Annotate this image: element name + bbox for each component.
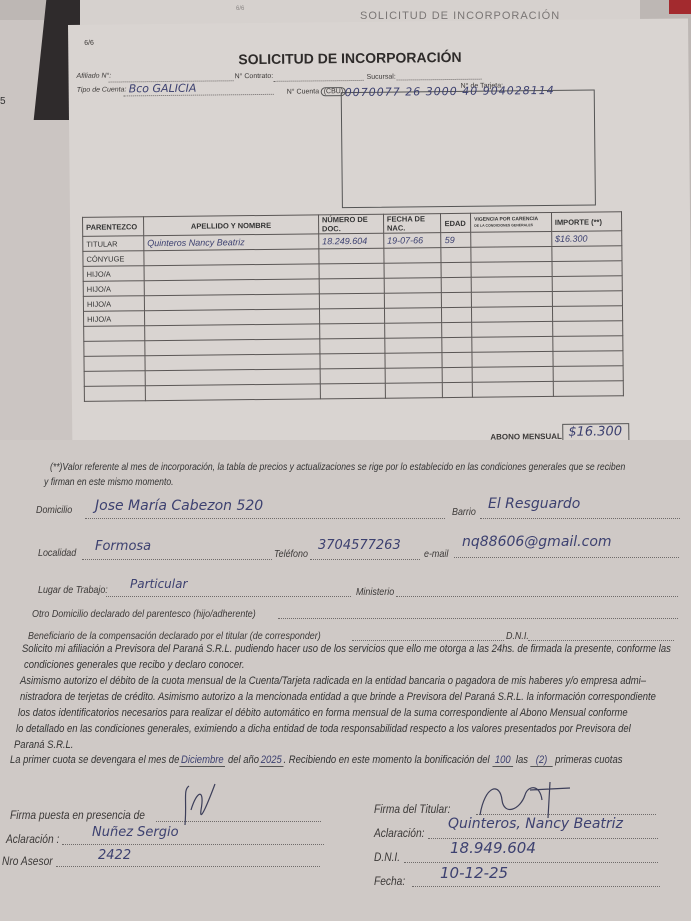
dni-titular-value: 18.949.604	[450, 839, 536, 857]
cell-edad[interactable]	[443, 382, 473, 397]
cell-doc[interactable]	[319, 248, 384, 264]
dni-titular-label: D.N.I.	[374, 850, 400, 864]
cell-vigencia[interactable]	[472, 366, 553, 382]
cell-parentesco	[84, 386, 145, 402]
ministerio-label: Ministerio	[356, 586, 394, 598]
col-vigencia: VIGENCIA POR CARENCIADE LA CONDICIONES G…	[471, 212, 552, 232]
col-nombre: APELLIDO Y NOMBRE	[143, 215, 318, 236]
afiliado-label: Afiliado N°:	[77, 73, 112, 80]
cell-parentesco: HIJO/A	[83, 296, 144, 312]
beneficiario-dni-field[interactable]	[528, 640, 674, 641]
barrio-field[interactable]	[480, 518, 680, 519]
dni-titular-field[interactable]	[404, 862, 658, 863]
cuota-mes[interactable]: Diciembre	[179, 754, 225, 767]
cell-parentesco: HIJO/A	[83, 281, 144, 297]
fecha-value: 10-12-25	[440, 864, 508, 882]
cell-importe[interactable]: $16.300	[551, 231, 621, 247]
legal-p2-line-2: nistradora de terjetas de crédito. Asimi…	[20, 691, 656, 703]
otro-domicilio-field[interactable]	[278, 618, 678, 619]
cuota-anio[interactable]: 2025	[259, 754, 283, 767]
cell-vigencia[interactable]	[472, 306, 553, 322]
cell-vigencia[interactable]	[472, 321, 553, 337]
legal-p2-line-3: los datos identificatorios necesarios pa…	[18, 707, 628, 719]
beneficiario-dni-label: D.N.I.	[506, 630, 529, 642]
col-parentesco: PARENTEZCO	[83, 217, 144, 237]
cell-edad[interactable]: 59	[441, 232, 471, 247]
cell-vigencia[interactable]	[472, 381, 553, 397]
cell-edad[interactable]	[442, 277, 472, 292]
left-edge-number: 5	[0, 96, 6, 107]
cell-edad[interactable]	[442, 307, 472, 322]
col-doc: NÚMERO DE DOC.	[318, 214, 383, 234]
vigencia-sub: DE LA CONDICIONES GENERALES	[474, 223, 533, 228]
cell-importe[interactable]	[553, 381, 623, 397]
cell-parentesco: HIJO/A	[83, 266, 144, 282]
firma-titular-label: Firma del Titular:	[374, 802, 450, 816]
cuenta-label: N° Cuenta	[287, 88, 319, 95]
cell-doc[interactable]	[319, 263, 384, 279]
cell-doc[interactable]	[319, 278, 384, 294]
cell-edad[interactable]	[442, 292, 472, 307]
form-sheet-lower: (**)Valor referente al mes de incorporac…	[0, 440, 691, 921]
telefono-value: 3704577263	[318, 538, 401, 553]
telefono-label: Teléfono	[274, 548, 308, 560]
beneficiario-label: Beneficiario de la compensación declarad…	[28, 630, 321, 642]
col-edad: EDAD	[441, 213, 471, 232]
cell-fecha[interactable]	[385, 353, 443, 369]
legal-p2-line-1: Asimismo autorizo el débito de la cuota …	[20, 675, 646, 687]
cell-fecha[interactable]	[384, 323, 442, 339]
cell-doc[interactable]	[320, 323, 385, 339]
cell-doc[interactable]	[319, 293, 384, 309]
las-label: las	[516, 754, 528, 766]
cell-fecha[interactable]	[384, 263, 442, 279]
contrato-label: N° Contrato:	[235, 73, 274, 80]
domicilio-field[interactable]	[85, 518, 445, 519]
cell-importe[interactable]	[552, 261, 622, 277]
cell-parentesco	[84, 356, 145, 372]
members-table: PARENTEZCO APELLIDO Y NOMBRE NÚMERO DE D…	[82, 211, 624, 402]
cell-fecha[interactable]	[384, 293, 442, 309]
cell-importe[interactable]	[552, 246, 622, 262]
cell-importe[interactable]	[552, 321, 622, 337]
note-line-1: (**)Valor referente al mes de incorporac…	[50, 462, 625, 473]
lugar-trabajo-label: Lugar de Trabajo:	[38, 584, 108, 596]
localidad-value: Formosa	[95, 539, 151, 554]
tipo-cuenta-value: Bco GALICIA	[129, 82, 197, 96]
cell-vigencia[interactable]	[472, 336, 553, 352]
vigencia-title: VIGENCIA POR CARENCIA	[474, 216, 538, 223]
cell-importe[interactable]	[552, 276, 622, 292]
email-field[interactable]	[454, 557, 679, 558]
cell-vigencia[interactable]	[471, 276, 552, 292]
lugar-trabajo-value: Particular	[130, 577, 187, 591]
cell-vigencia[interactable]	[471, 246, 552, 262]
cell-parentesco	[84, 326, 145, 342]
aclaracion-asesor-value: Nuñez Sergio	[92, 825, 179, 840]
cell-vigencia[interactable]	[472, 351, 553, 367]
cuota-anio-label: del año	[228, 754, 259, 766]
cuotas-suffix: primeras cuotas	[555, 754, 622, 766]
cell-vigencia[interactable]	[471, 261, 552, 277]
telefono-field[interactable]	[310, 559, 420, 560]
cell-parentesco: HIJO/A	[83, 311, 144, 327]
tipo-cuenta-label: Tipo de Cuenta:	[77, 86, 127, 94]
aclaracion-titular-value: Quinteros, Nancy Beatriz	[448, 816, 623, 832]
barrio-value: El Resguardo	[488, 496, 580, 512]
nro-asesor-field[interactable]	[56, 866, 320, 867]
sucursal-label: Sucursal:	[367, 74, 396, 81]
legal-p2-line-5: Paraná S.R.L.	[14, 739, 73, 751]
page-number: 6/6	[84, 40, 94, 47]
col-importe: IMPORTE (**)	[551, 212, 621, 232]
back-sheet-page: 6/6	[236, 6, 244, 12]
cell-edad[interactable]	[443, 367, 473, 382]
cell-fecha[interactable]	[384, 308, 442, 324]
cell-nombre[interactable]	[145, 384, 320, 401]
sucursal-field[interactable]	[397, 79, 482, 81]
contrato-field[interactable]	[274, 80, 364, 82]
localidad-field[interactable]	[82, 559, 272, 560]
legal-p1-line-2: condiciones generales que recibo y decla…	[24, 659, 245, 671]
aclaracion-asesor-label: Aclaración :	[6, 832, 59, 846]
cuota-mid: . Recibiendo en este momento la bonifica…	[284, 754, 490, 766]
cell-importe[interactable]	[553, 336, 623, 352]
cell-importe[interactable]	[553, 366, 623, 382]
cell-doc[interactable]: 18.249.604	[319, 233, 384, 249]
cell-doc[interactable]	[319, 308, 384, 324]
cuota-line: La primer cuota se devengara el mes deDi…	[10, 754, 622, 766]
email-label: e-mail	[424, 548, 448, 560]
fecha-field[interactable]	[412, 886, 660, 887]
cell-doc[interactable]	[320, 353, 385, 369]
cell-edad[interactable]	[441, 262, 471, 277]
cbu-value: 0070077 26 3000 40 904028114	[345, 84, 555, 99]
fecha-label: Fecha:	[374, 874, 405, 888]
cell-doc[interactable]	[320, 383, 385, 399]
cell-vigencia[interactable]	[471, 231, 552, 247]
cbu-box	[341, 89, 596, 208]
form-title: SOLICITUD DE INCORPORACIÓN	[238, 49, 461, 67]
otro-domicilio-label: Otro Domicilio declarado del parentesco …	[32, 608, 256, 620]
aclaracion-titular-label: Aclaración:	[374, 826, 424, 840]
cell-importe[interactable]	[553, 351, 623, 367]
domicilio-value: Jose María Cabezon 520	[95, 498, 263, 514]
legal-p2-line-4: lo detallado en las condiciones generale…	[16, 723, 631, 735]
cell-edad[interactable]	[442, 352, 472, 367]
barrio-label: Barrio	[452, 506, 476, 518]
cell-vigencia[interactable]	[471, 291, 552, 307]
presencia-label: Firma puesta en presencia de	[10, 808, 145, 822]
nro-asesor-value: 2422	[98, 848, 131, 863]
cuota-prefix: La primer cuota se devengara el mes de	[10, 754, 179, 766]
nro-asesor-label: Nro Asesor	[2, 854, 53, 868]
cell-parentesco	[84, 341, 145, 357]
cell-doc[interactable]	[320, 368, 385, 384]
email-value: nq88606@gmail.com	[462, 534, 612, 550]
cell-edad[interactable]	[442, 337, 472, 352]
cell-fecha[interactable]	[384, 248, 442, 264]
cuotas-num[interactable]: (2)	[531, 754, 553, 767]
lugar-trabajo-field[interactable]	[106, 596, 351, 597]
background-red-object	[669, 0, 691, 14]
note-line-2: y firman en este mismo momento.	[44, 477, 174, 488]
cell-importe[interactable]	[552, 306, 622, 322]
legal-p1-line-1: Solicito mi afiliación a Previsora del P…	[22, 643, 671, 655]
cell-doc[interactable]	[320, 338, 385, 354]
cell-parentesco: CÓNYUGE	[83, 251, 144, 267]
beneficiario-field[interactable]	[352, 640, 504, 641]
cell-fecha[interactable]: 19-07-66	[384, 233, 442, 249]
cell-parentesco: TITULAR	[83, 236, 144, 252]
bonif-pct[interactable]: 100	[492, 754, 513, 767]
ministerio-field[interactable]	[396, 596, 678, 597]
cell-parentesco	[84, 371, 145, 387]
cell-fecha[interactable]	[385, 368, 443, 384]
col-fecha: FECHA DE NAC.	[383, 214, 441, 234]
cell-fecha[interactable]	[384, 278, 442, 294]
cell-importe[interactable]	[552, 291, 622, 307]
domicilio-label: Domicilio	[36, 504, 72, 516]
cell-fecha[interactable]	[385, 338, 443, 354]
abono-value: $16.300	[568, 424, 622, 440]
cell-edad[interactable]	[441, 247, 471, 262]
titular-signature	[470, 780, 580, 820]
cell-fecha[interactable]	[385, 383, 443, 399]
aclaracion-asesor-field[interactable]	[62, 844, 324, 845]
cell-edad[interactable]	[442, 322, 472, 337]
localidad-label: Localidad	[38, 547, 76, 559]
